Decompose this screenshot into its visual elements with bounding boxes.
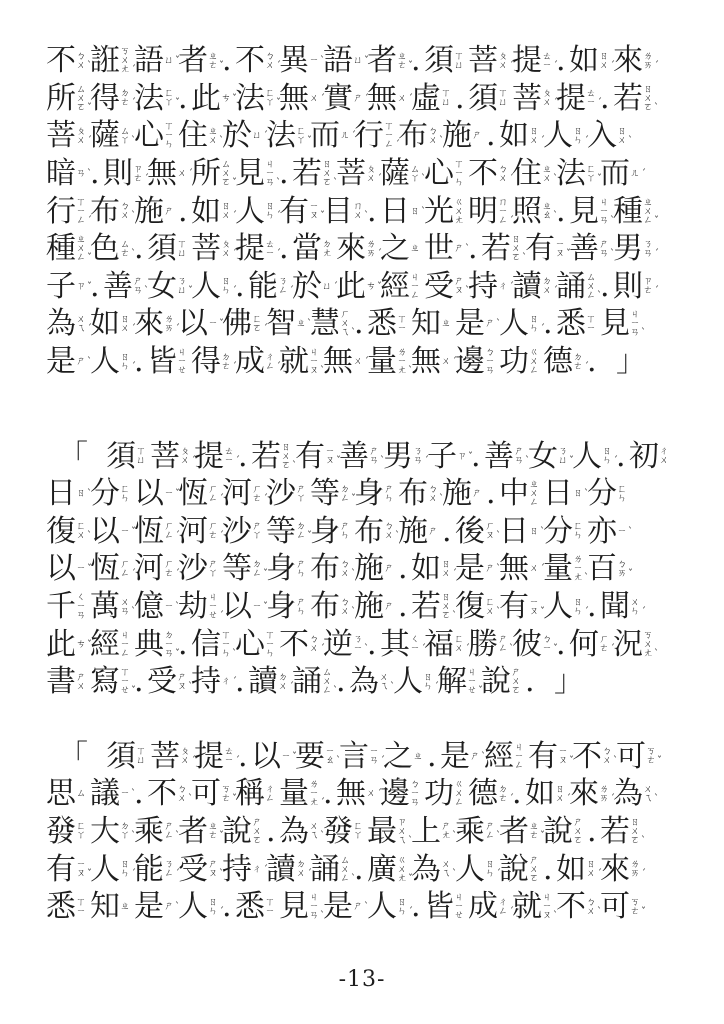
tone-mark: ˊ [235,457,240,467]
ruby-char: 語ㄩˇ [134,45,178,76]
zhuyin-annotation: ㄆㄨˊ [180,747,194,765]
zhuyin-letter: ㄨ [542,98,552,107]
zhuyin-letter: ㄛ [76,103,86,112]
zhuyin-letter: ㄞ [630,869,640,878]
zhuyin-letter: ㄚ [120,831,130,840]
zhuyin-annotation: ㄆㄨˊ [498,52,512,70]
zhuyin-letter: ㄙ [76,789,86,798]
ruby-char: 不ㄅㄨˋ [46,45,90,76]
ruby-char: 如ㄖㄨˊ [191,196,235,227]
hanzi: 來 [613,45,643,76]
zhuyin-annotation: ㄒㄧ [397,315,411,333]
zhuyin-annotation: ㄍㄨㄤˇ [397,856,411,883]
zhuyin-annotation: ㄕˋ [76,357,90,366]
ruby-char: 見ㄐㄧㄢˋ [279,891,323,922]
zhuyin-letter: ㄚ [296,136,306,145]
hanzi: 提 [194,741,224,772]
zhuyin-annotation: ㄋㄢˊ [413,447,427,465]
hanzi: 如 [191,196,221,227]
hanzi: 以 [251,741,281,772]
ruby-char: 日ㄖˋ [543,478,587,509]
zhuyin-annotation: ㄓㄨㄥ [529,480,543,507]
zhuyin-letter: ㄚ [208,569,218,578]
hanzi: 菩 [512,83,542,114]
zhuyin-annotation: ㄒㄧㄣˋ [221,631,235,658]
ruby-char: 心ㄒㄧㄣ [134,120,178,151]
hanzi: 施 [354,553,384,584]
hanzi: 以 [46,553,76,584]
zhuyin-annotation: ㄖㄣˊ [423,673,437,691]
zhuyin-annotation: ㄒㄧㄝˇ [120,668,134,695]
ruby-char: 不ㄅㄨˋ [556,891,600,922]
zhuyin-letter: ㄥ [164,531,174,540]
ruby-char: 得ㄉㄜˊ [191,346,235,377]
tone-mark: ˋ [276,179,281,189]
hanzi: 施 [442,120,472,151]
hanzi: 是 [46,346,76,377]
hanzi: 成 [235,346,265,377]
hanzi: 菩 [150,741,180,772]
ruby-char: 慧ㄏㄨㄟˋ [310,308,354,339]
zhuyin-annotation: ㄆㄨˊ [76,127,90,145]
hanzi: 分 [90,478,120,509]
hanzi: 光 [424,196,454,227]
zhuyin-annotation: ㄒㄧ [265,898,279,916]
ruby-char: 人ㄖㄣˊ [572,441,616,472]
hanzi: 種 [46,233,76,264]
zhuyin-letter: ㄣ [602,456,612,465]
punctuation: . [486,478,499,509]
hanzi: 施 [398,516,428,547]
ruby-char: 以ㄧˇ [222,591,266,622]
hanzi: 實 [323,83,353,114]
tone-mark: ˇ [408,62,413,72]
tone-mark: ˊ [654,62,659,72]
hanzi: 無 [323,346,353,377]
zhuyin-letter: ㄢ [643,249,653,258]
hanzi: 如 [499,120,529,151]
zhuyin-letter: ㄥ [498,216,508,225]
zhuyin-annotation: ㄕˊ [353,94,367,103]
ruby-char: 施ㄕ [134,196,178,227]
zhuyin-annotation: ㄐㄧㄝ [177,348,191,375]
punctuation: . [178,196,191,227]
hanzi: 菩 [46,120,76,151]
tone-mark: ˋ [408,837,413,847]
zhuyin-annotation: ㄈㄣ [617,485,631,503]
hanzi: 如 [569,45,599,76]
zhuyin-annotation: ㄈㄣ [120,485,134,503]
zhuyin-letter: ㄥ [340,874,350,883]
zhuyin-letter: ㄣ [120,869,130,878]
zhuyin-letter: ㄣ [208,907,218,916]
ruby-char: 等ㄉㄥˇ [310,478,354,509]
zhuyin-letter: ㄕ [485,564,495,573]
tone-mark: ˊ [509,175,514,185]
sutra-text: 不ㄅㄨˋ誑ㄎㄨㄤˊ語ㄩˇ者ㄓㄜˇ.不ㄅㄨˊ異ㄧˋ語ㄩˇ者ㄓㄜˇ.須ㄒㄩ菩ㄆㄨˊ提… [46,42,694,925]
tone-mark: ˋ [610,217,615,227]
ruby-char: 有ㄧㄡˇ [528,741,572,772]
zhuyin-annotation: ㄔˊ [221,677,235,686]
hanzi: 日 [46,478,76,509]
zhuyin-letter: ㄨ [397,94,407,103]
zhuyin-annotation: ㄌㄞˊ [599,785,613,803]
tone-mark: ˊ [232,212,237,222]
ruby-char: 於ㄩˊ [222,120,266,151]
ruby-char: 佛ㄈㄛˊ [222,308,266,339]
zhuyin-annotation: ㄅㄧˇ [542,635,556,653]
zhuyin-annotation: ㄐㄧㄢˋ [309,893,323,920]
tone-mark: ˇ [263,603,268,613]
zhuyin-annotation: ㄙㄚˋ [410,165,424,183]
zhuyin-letter: ㄚ [252,531,262,540]
hanzi: 法 [235,83,265,114]
zhuyin-annotation: ㄉㄥˇ [340,485,354,503]
zhuyin-letter: ㄝ [467,686,477,695]
ruby-char: 可ㄎㄜˇ [600,891,644,922]
ruby-char: 布ㄅㄨˋ [310,553,354,584]
zhuyin-annotation: ㄕㄡˋ [177,673,191,691]
hanzi: 若 [292,158,322,189]
zhuyin-letter: ㄩ [252,131,262,140]
hanzi: 人 [90,854,120,885]
hanzi: 人 [455,854,485,885]
hanzi: 無 [336,778,366,809]
hanzi: 讀 [248,666,278,697]
zhuyin-letter: ㄡ [309,366,319,375]
tone-mark: ˊ [191,757,196,767]
tone-mark: ˊ [654,250,659,260]
punctuation: . [266,816,279,847]
zhuyin-letter: ㄝ [177,366,187,375]
ruby-char: 施ㄕ [354,591,398,622]
tone-mark: ˋ [351,570,356,580]
ruby-char: 之ㄓ [383,741,427,772]
zhuyin-annotation: ㄎㄜˇ [630,898,644,916]
ruby-char: 恆ㄏㄥˊ [178,478,222,509]
hanzi: 稱 [235,778,265,809]
hanzi: 布 [310,591,340,622]
zhuyin-annotation: ㄅㄨˊ [265,52,279,70]
ruby-char: 身ㄕㄣ [354,478,398,509]
zhuyin-annotation: ㄨㄟˋ [309,822,323,840]
ruby-char: 施ㄕ [442,120,486,151]
hanzi: 人 [235,196,265,227]
zhuyin-annotation: ㄧˋ [309,56,323,65]
ruby-char: 人ㄖㄣˊ [543,120,587,151]
ruby-char: 德ㄉㄜˊ [468,778,512,809]
zhuyin-letter: ㄥ [643,216,653,225]
zhuyin-letter: ㄢ [599,249,609,258]
zhuyin-annotation: ㄦˊ [630,169,644,178]
hanzi: 法 [266,120,296,151]
hanzi: 世 [424,233,454,264]
hanzi: 有 [295,441,325,472]
ruby-char: 持ㄔˊ [468,271,512,302]
hanzi: 典 [134,629,164,660]
hanzi: 復 [46,516,76,547]
text-line: 發ㄈㄚ大ㄉㄚˋ乘ㄕㄥˋ者ㄓㄜˇ說ㄕㄨㄛ.為ㄨㄟˋ發ㄈㄚ最ㄗㄨㄟˋ上ㄕㄤˋ乘ㄕㄥˋ… [46,813,694,851]
tone-mark: ˊ [320,799,325,809]
hanzi: 來 [600,854,630,885]
ruby-char: 者ㄓㄜˇ [178,45,222,76]
zhuyin-annotation: ㄆㄨˊ [221,240,235,258]
zhuyin-annotation: ㄉㄜˊ [120,89,134,107]
zhuyin-letter: ㄨ [265,61,275,70]
hanzi: 乘 [134,816,164,847]
hanzi: 知 [411,308,441,339]
ruby-char: 悉ㄒㄧ [556,308,600,339]
tone-mark: ˋ [320,912,325,922]
tone-mark: ˇ [553,645,558,655]
hanzi: 何 [569,629,599,660]
zhuyin-letter: ㄢ [309,911,319,920]
zhuyin-annotation: ㄕˋ [164,902,178,911]
zhuyin-letter: ㄨ [441,357,451,366]
ruby-char: 誦ㄙㄨㄥˋ [556,271,600,302]
hanzi: 邊 [455,346,485,377]
ruby-char: 是ㄕˋ [134,891,178,922]
tone-mark: ˋ [641,837,646,847]
hanzi: 人 [572,441,602,472]
hanzi: 如 [556,854,586,885]
zhuyin-letter: ㄨ [177,169,187,178]
tone-mark: ˋ [351,329,356,339]
zhuyin-letter: ㄢ [413,456,423,465]
tone-mark: ˊ [377,250,382,260]
zhuyin-letter: ㄚ [120,136,130,145]
zhuyin-letter: ㄥ [164,869,174,878]
tone-mark: ˇ [540,608,545,618]
ruby-char: 男ㄋㄢˊ [613,233,657,264]
zhuyin-annotation: ㄕㄣ [296,598,310,616]
ruby-char: 菩ㄆㄨˊ [46,120,90,151]
zhuyin-annotation: ㄋㄧˋ [353,635,367,653]
ruby-char: 何ㄏㄜˊ [569,629,613,660]
hanzi: 日 [380,196,410,227]
hanzi: 見 [569,196,599,227]
ruby-char: 福ㄈㄨˊ [424,629,468,660]
tone-mark: ˊ [654,287,659,297]
zhuyin-annotation: ㄈㄣ [573,522,587,540]
hanzi: 悉 [46,891,76,922]
text-line: 以ㄧˇ恆ㄏㄥˊ河ㄏㄜˊ沙ㄕㄚ等ㄉㄥˇ身ㄕㄣ布ㄅㄨˋ施ㄕ.如ㄖㄨˊ是ㄕˋ無ㄨˊ量ㄌ… [46,550,694,588]
zhuyin-letter: ㄨ [353,211,363,220]
zhuyin-letter: ㄖ [529,527,539,536]
tone-mark: ˊ [509,217,514,227]
zhuyin-letter: ㄟ [379,682,389,691]
text-line: 暗ㄢˋ.則ㄗㄜˊ無ㄨˊ所ㄙㄨㄛˇ見ㄐㄧㄢˋ.若ㄖㄨㄛˋ菩ㄆㄨˊ薩ㄙㄚˋ心ㄒㄧㄣ不… [46,155,694,193]
zhuyin-annotation: ㄨˊ [366,789,380,798]
zhuyin-annotation: ㄖˋ [76,489,90,498]
zhuyin-annotation: ㄕㄚ [296,485,310,503]
hanzi: 人 [543,591,573,622]
tone-mark: ˋ [421,175,426,185]
ruby-char: 實ㄕˊ [323,83,367,114]
tone-mark: ˊ [540,325,545,335]
ruby-char: 誦ㄙㄨㄥˋ [292,666,336,697]
zhuyin-annotation: ㄗㄜˊ [643,277,657,295]
hanzi: 則 [613,271,643,302]
hanzi: 此 [191,83,221,114]
zhuyin-annotation: ㄖㄨˊ [529,127,543,145]
tone-mark: ˋ [144,287,149,297]
zhuyin-letter: ㄚ [353,831,363,840]
zhuyin-letter: ㄨ [529,136,539,145]
zhuyin-annotation: ㄕㄨㄛ [252,818,266,845]
zhuyin-letter: ㄜ [120,98,130,107]
zhuyin-annotation: ㄏㄥˊ [208,485,222,503]
zhuyin-annotation: ㄈㄛˊ [252,315,266,333]
tone-mark: ˊ [509,62,514,72]
tone-mark: ˇ [276,99,281,109]
hanzi: 無 [499,553,529,584]
zhuyin-annotation: ㄨˊ [177,169,191,178]
ruby-char: 有ㄧㄡˇ [295,441,339,472]
hanzi: 善 [569,233,599,264]
zhuyin-annotation: ㄕㄣ [384,485,398,503]
zhuyin-annotation: ㄖㄣˊ [485,860,499,878]
hanzi: 者 [499,816,529,847]
hanzi: 若 [251,441,281,472]
zhuyin-annotation: ㄓ [410,244,424,253]
zhuyin-annotation: ㄗㄜˊ [133,165,147,183]
ruby-char: 發ㄈㄚ [46,816,90,847]
hanzi: 說 [481,666,511,697]
hanzi: 布 [354,516,384,547]
ruby-char: 以ㄧˇ [178,308,222,339]
zhuyin-annotation: ㄕㄨㄛ [529,856,543,883]
ruby-char: 上ㄕㄤˋ [411,816,455,847]
tone-mark: ˇ [87,870,92,880]
hanzi: 是 [440,741,470,772]
zhuyin-letter: ㄡ [485,531,495,540]
zhuyin-letter: ㄥ [208,494,218,503]
zhuyin-annotation: ㄒㄧㄣ [454,160,468,187]
hanzi: 後 [455,516,485,547]
hanzi: 來 [134,308,164,339]
zhuyin-letter: ㄥ [529,498,539,507]
zhuyin-letter: ㄧ [120,527,130,536]
zhuyin-annotation: ㄊㄧˊ [586,89,600,107]
ruby-char: 最ㄗㄨㄟˋ [367,816,411,847]
tone-mark: ˊ [232,363,237,373]
tone-mark: ˋ [320,832,325,842]
zhuyin-letter: ㄥ [76,216,86,225]
zhuyin-letter: ㄛ [441,611,451,620]
hanzi: 人 [191,271,221,302]
tone-mark: ˋ [452,832,457,842]
hanzi: 而 [310,120,340,151]
zhuyin-letter: ㄥ [384,140,394,149]
ruby-char: 無ㄨˊ [279,83,323,114]
ruby-char: 無ㄨˊ [411,346,455,377]
zhuyin-letter: ㄥ [322,686,332,695]
zhuyin-annotation: ㄉㄤ [322,240,336,258]
hanzi: 而 [600,158,630,189]
zhuyin-letter: ㄧ [76,907,86,916]
hanzi: 為 [46,308,76,339]
zhuyin-annotation: ㄉㄨˊ [542,277,556,295]
hanzi: 不 [235,45,265,76]
ruby-char: 此ㄘˇ [46,629,90,660]
hanzi: 不 [46,45,76,76]
zhuyin-annotation: ㄦˊ [340,131,354,140]
tone-mark: ˋ [87,490,92,500]
hanzi: 經 [380,271,410,302]
hanzi: 有 [528,741,558,772]
hanzi: 見 [279,891,309,922]
hanzi: 語 [323,45,353,76]
punctuation: . [587,816,600,847]
tone-mark: ˇ [131,528,136,538]
tone-mark: ˊ [584,137,589,147]
tone-mark: ˇ [566,250,571,260]
ruby-char: 女ㄋㄩˇ [528,441,572,472]
ruby-char: 菩ㄆㄨˊ [150,441,194,472]
hanzi: 心 [134,120,164,151]
zhuyin-letter: ㄧ [281,752,291,761]
ruby-char: 身ㄕㄣ [310,516,354,547]
punctuation: . [543,854,556,885]
zhuyin-letter: ㄧ [76,564,86,573]
tone-mark: ˋ [597,908,602,918]
zhuyin-annotation: ㄨˊ [397,94,411,103]
hanzi: 入 [587,120,617,151]
zhuyin-annotation: ㄕˋ [485,564,499,573]
ruby-char: 沙ㄕㄚ [266,478,310,509]
tone-mark: ˊ [131,325,136,335]
ruby-char: 女ㄋㄩˇ [147,271,191,302]
zhuyin-annotation: ㄓˋ [296,319,310,328]
zhuyin-letter: ㄛ [643,103,653,112]
tone-mark: ˋ [553,175,558,185]
tone-mark: ˊ [276,363,281,373]
zhuyin-annotation: ㄓㄠˋ [542,202,556,220]
ruby-char: 施ㄕ [354,553,398,584]
ruby-char: 施ㄕ [398,516,442,547]
zhuyin-letter: ㄜ [252,494,262,503]
tone-mark: ˋ [364,212,369,222]
zhuyin-letter: ㄗ [76,282,86,291]
ruby-char: 提ㄊㄧˊ [194,741,238,772]
zhuyin-annotation: ㄐㄧㄝ [454,893,468,920]
ruby-char: 人ㄖㄣˊ [543,591,587,622]
zhuyin-letter: ㄣ [617,494,627,503]
tone-mark: ˇ [307,137,312,147]
ruby-char: 議ㄧˋ [90,778,134,809]
tone-mark: ˇ [569,757,574,767]
zhuyin-annotation: ㄕㄡˋ [454,277,468,295]
tone-mark: ˊ [131,870,136,880]
ruby-char: 菩ㄆㄨˊ [336,158,380,189]
zhuyin-letter: ㄔ [221,677,231,686]
hanzi: 慧 [310,308,340,339]
zhuyin-letter: ㄜ [208,531,218,540]
hanzi: 功 [424,778,454,809]
zhuyin-annotation: ㄒㄧㄥˊ [384,122,398,149]
ruby-char: 百ㄅㄞˇ [587,553,631,584]
hanzi: 悉 [235,891,265,922]
hanzi: 信 [191,629,221,660]
hanzi: 劫 [178,591,208,622]
zhuyin-annotation: ㄈㄨˋ [76,522,90,540]
ruby-char: 為ㄨㄟˋ [613,778,657,809]
hanzi: 住 [178,120,208,151]
zhuyin-annotation: ㄧˇ [252,602,266,611]
hanzi: 施 [134,196,164,227]
ruby-char: 恆ㄏㄥˊ [134,516,178,547]
